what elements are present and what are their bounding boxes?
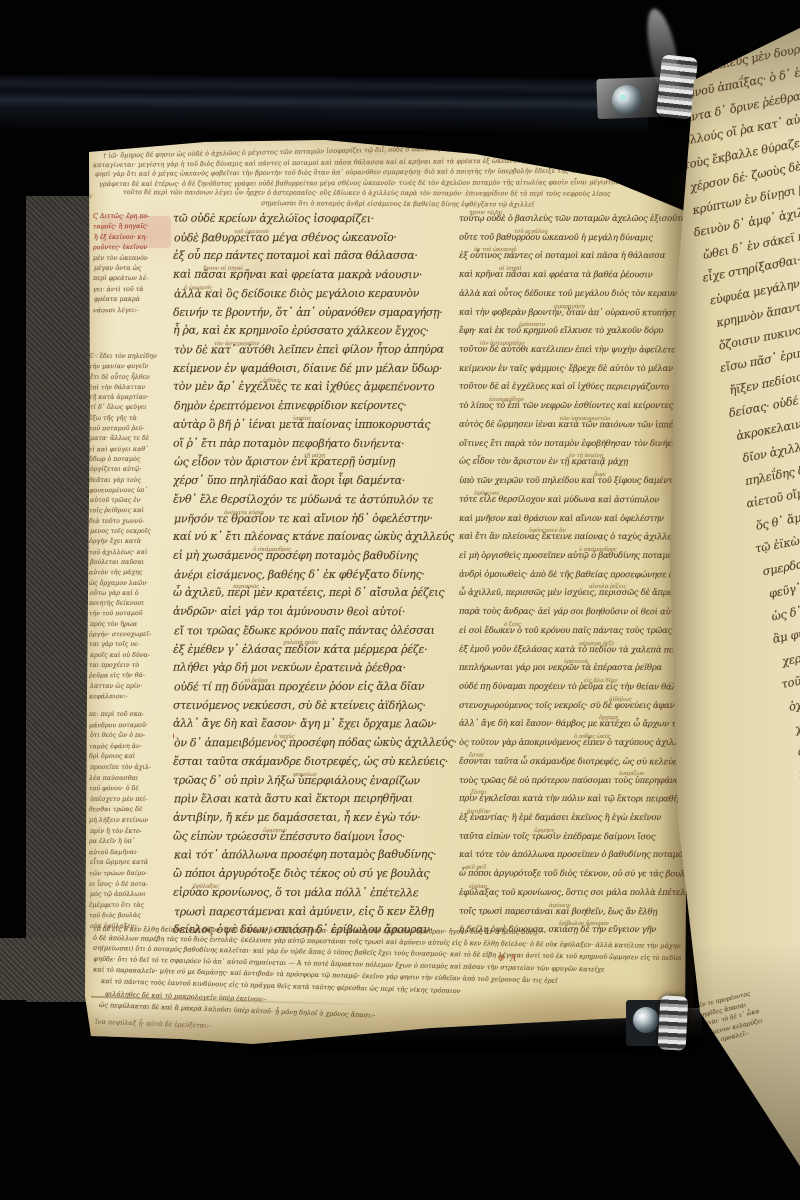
rubric-capital: Ἀ [510,954,516,963]
cradle-felt-bottom [0,938,92,1000]
gutter-shading [85,138,693,1044]
scanner-rail-top [0,74,648,133]
clamp-screw-icon [633,1007,659,1033]
cradle-felt-left [26,196,90,1002]
clamp-screw-icon [612,85,642,115]
knot-ornament-icon: ❉ [497,954,505,964]
scholia-ornament: ❉ Ἀ [497,954,516,964]
manuscript-page: † ἰῶ· ὅμηρος δέ φησιν ὡς οὐδὲ ὁ ἀχελῶος … [85,138,693,1044]
clamp-spring-coil [658,995,689,1050]
photograph-stage: I ▪ † ἰῶ· ὅμηρος δέ φησιν ὡς οὐδὲ ὁ ἀχελ… [0,0,800,1200]
screw-glint [620,94,626,100]
